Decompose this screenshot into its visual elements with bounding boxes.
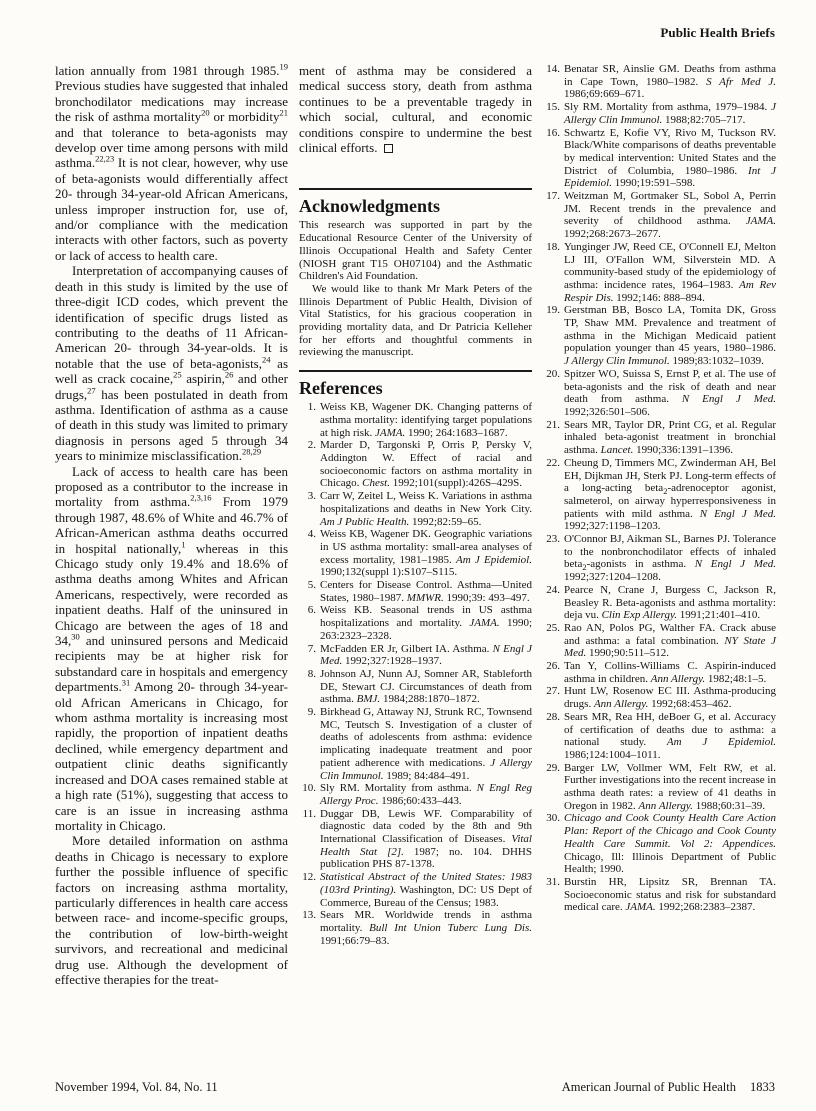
reference-text: Centers for Disease Control. Asthma—Unit… — [320, 579, 532, 604]
body-paragraph: Interpretation of accompanying causes of… — [55, 263, 288, 463]
reference-text: Benatar SR, Ainslie GM. Deaths from asth… — [564, 63, 776, 100]
text-segment: 1990;39: 493–497. — [444, 592, 530, 604]
text-segment: Duggar DB, Lewis WF. Comparability of di… — [320, 808, 532, 845]
footer-journal-name: American Journal of Public Health — [562, 1080, 736, 1094]
reference-text: Sears MR, Rea HH, deBoer G, et al. Accur… — [564, 711, 776, 761]
references-list-part1: 1.Weiss KB, Wagener DK. Changing pattern… — [299, 401, 532, 947]
text-segment: 1990;90:511–512. — [586, 647, 669, 659]
text-segment: Sly RM. Mortality from asthma. — [320, 782, 477, 794]
body-paragraph: More detailed information on asthma deat… — [55, 833, 288, 987]
reference-text: Chicago and Cook County Health Care Acti… — [564, 812, 776, 875]
text-segment: 1990;19:591–598. — [612, 177, 695, 189]
text-segment: whereas in this Chicago study only 19.4%… — [55, 541, 288, 648]
italic-text: N Engl J Med. — [682, 393, 776, 405]
reference-text: Pearce N, Crane J, Burgess C, Jackson R,… — [564, 584, 776, 621]
reference-number: 8. — [299, 668, 316, 681]
reference-number: 12. — [299, 871, 316, 884]
reference-text: Sears MR. Worldwide trends in asthma mor… — [320, 909, 532, 946]
body-paragraph: Lack of access to health care has been p… — [55, 464, 288, 834]
reference-superscript: 28,29 — [242, 447, 261, 457]
reference-number: 11. — [299, 808, 316, 821]
text-segment: aspirin, — [182, 371, 225, 386]
reference-number: 17. — [543, 190, 560, 203]
text-segment: Schwartz E, Kofie VY, Rivo M, Tuckson RV… — [564, 127, 776, 177]
reference-text: Weiss KB. Seasonal trends in US asthma h… — [320, 604, 532, 641]
running-head: Public Health Briefs — [660, 25, 775, 41]
text-segment: 1992;101(suppl):426S–429S. — [390, 477, 522, 489]
text-segment: 1986;69:669–671. — [564, 88, 644, 100]
reference-item: 2.Marder D, Targonski P, Orris P, Persky… — [299, 439, 532, 490]
text-segment: Among 20- through 34-year-old African Am… — [55, 679, 288, 833]
reference-text: Sears MR, Taylor DR, Print CG, et al. Re… — [564, 419, 776, 456]
reference-number: 26. — [543, 660, 560, 673]
reference-item: 29.Barger LW, Vollmer WM, Felt RW, et al… — [543, 762, 776, 813]
italic-text: Ann Allergy. — [651, 673, 705, 685]
italic-text: JAMA. — [375, 427, 405, 439]
reference-superscript: 30 — [71, 632, 80, 642]
column-3: 14.Benatar SR, Ainslie GM. Deaths from a… — [543, 63, 776, 987]
italic-text: Chest. — [362, 477, 390, 489]
text-segment: Interpretation of accompanying causes of… — [55, 263, 288, 370]
reference-number: 2. — [299, 439, 316, 452]
reference-item: 21.Sears MR, Taylor DR, Print CG, et al.… — [543, 419, 776, 457]
reference-number: 31. — [543, 876, 560, 889]
italic-text: N Engl J Med. — [700, 508, 776, 520]
italic-text: BMJ. — [357, 693, 381, 705]
reference-text: Johnson AJ, Nunn AJ, Somner AR, Stablefo… — [320, 668, 532, 705]
text-segment: We would like to thank Mr Mark Peters of… — [299, 283, 532, 359]
reference-number: 23. — [543, 533, 560, 546]
reference-number: 22. — [543, 457, 560, 470]
text-segment: 1988;82:705–717. — [662, 114, 745, 126]
text-segment: or morbidity — [210, 109, 280, 124]
text-segment: 1984;288:1870–1872. — [380, 693, 480, 705]
acknowledgments-paragraph: This research was supported in part by t… — [299, 219, 532, 283]
reference-text: Hunt LW, Rosenow EC III. Asthma-producin… — [564, 685, 776, 710]
italic-text: JAMA. — [469, 617, 499, 629]
text-segment: 1992;327:1928–1937. — [342, 655, 442, 667]
reference-superscript: 2,3,16 — [190, 493, 211, 503]
italic-text: J Allergy Clin Immunol. — [564, 355, 670, 367]
text-segment: 1992;268:2673–2677. — [564, 228, 661, 240]
reference-item: 24.Pearce N, Crane J, Burgess C, Jackson… — [543, 584, 776, 622]
footer-journal-line: American Journal of Public Health1833 — [562, 1080, 775, 1095]
reference-number: 18. — [543, 241, 560, 254]
italic-text: Lancet. — [601, 444, 634, 456]
reference-item: 13.Sears MR. Worldwide trends in asthma … — [299, 909, 532, 947]
reference-item: 15.Sly RM. Mortality from asthma, 1979–1… — [543, 101, 776, 126]
reference-number: 24. — [543, 584, 560, 597]
reference-item: 8.Johnson AJ, Nunn AJ, Somner AR, Stable… — [299, 668, 532, 706]
acknowledgments-heading: Acknowledgments — [299, 197, 532, 215]
reference-text: Duggar DB, Lewis WF. Comparability of di… — [320, 808, 532, 871]
reference-item: 16.Schwartz E, Kofie VY, Rivo M, Tuckson… — [543, 127, 776, 191]
text-segment: 1989; 84:484–491. — [384, 770, 470, 782]
reference-item: 14.Benatar SR, Ainslie GM. Deaths from a… — [543, 63, 776, 101]
text-segment: 1991;66:79–83. — [320, 935, 389, 947]
reference-item: 9.Birkhead G, Attaway NJ, Strunk RC, Tow… — [299, 706, 532, 782]
reference-text: Spitzer WO, Suissa S, Ernst P, et al. Th… — [564, 368, 776, 418]
reference-text: Barger LW, Vollmer WM, Felt RW, et al. F… — [564, 762, 776, 812]
reference-item: 19.Gerstman BB, Bosco LA, Tomita DK, Gro… — [543, 304, 776, 368]
section-divider — [299, 188, 532, 190]
text-segment: lation annually from 1981 through 1985. — [55, 63, 280, 78]
italic-text: MMWR. — [407, 592, 444, 604]
reference-item: 26.Tan Y, Collins-Williams C. Aspirin-in… — [543, 660, 776, 685]
reference-item: 3.Carr W, Zeitel L, Weiss K. Variations … — [299, 490, 532, 528]
references-heading: References — [299, 379, 532, 397]
italic-text: Chicago and Cook County Health Care Acti… — [564, 812, 776, 849]
text-segment: 1992;68:453–462. — [648, 698, 731, 710]
reference-item: 18.Yunginger JW, Reed CE, O'Connell EJ, … — [543, 241, 776, 305]
reference-item: 17.Weitzman M, Gortmaker SL, Sobol A, Pe… — [543, 190, 776, 241]
reference-text: Statistical Abstract of the United State… — [320, 871, 532, 908]
italic-text: Am J Epidemiol. — [667, 736, 776, 748]
reference-text: Sly RM. Mortality from asthma, 1979–1984… — [564, 101, 776, 126]
text-segment: McFadden ER Jr, Gilbert IA. Asthma. — [320, 643, 493, 655]
reference-item: 6.Weiss KB. Seasonal trends in US asthma… — [299, 604, 532, 642]
text-segment: Carr W, Zeitel L, Weiss K. Variations in… — [320, 490, 532, 515]
text-segment: 1992;327:1198–1203. — [564, 520, 660, 532]
text-segment: ment of asthma may be considered a medic… — [299, 63, 532, 155]
reference-number: 7. — [299, 643, 316, 656]
reference-text: Tan Y, Collins-Williams C. Aspirin-induc… — [564, 660, 776, 685]
reference-text: Rao AN, Polos PG, Walther FA. Crack abus… — [564, 622, 776, 659]
italic-text: Ann Allergy. — [639, 800, 693, 812]
text-segment: 1989;83:1032–1039. — [670, 355, 764, 367]
reference-number: 19. — [543, 304, 560, 317]
reference-item: 1.Weiss KB, Wagener DK. Changing pattern… — [299, 401, 532, 439]
body-paragraph: lation annually from 1981 through 1985.1… — [55, 63, 288, 263]
text-segment: 1986;124:1004–1011. — [564, 749, 660, 761]
italic-text: Am J Public Health. — [320, 516, 409, 528]
text-segment: 1991;21:401–410. — [677, 609, 760, 621]
reference-text: Burstin HR, Lipsitz SR, Brennan TA. Soci… — [564, 876, 776, 913]
reference-superscript: 24 — [262, 354, 271, 364]
text-segment: It is not clear, however, why use of bet… — [55, 155, 288, 262]
reference-text: Marder D, Targonski P, Orris P, Persky V… — [320, 439, 532, 489]
text-segment: 1992;82:59–65. — [409, 516, 481, 528]
reference-superscript: 20 — [201, 108, 210, 118]
reference-superscript: 19 — [280, 62, 289, 72]
reference-number: 1. — [299, 401, 316, 414]
reference-text: Weiss KB, Wagener DK. Geographic variati… — [320, 528, 532, 578]
reference-text: Sly RM. Mortality from asthma. N Engl Re… — [320, 782, 532, 807]
reference-text: Gerstman BB, Bosco LA, Tomita DK, Gross … — [564, 304, 776, 367]
reference-number: 25. — [543, 622, 560, 635]
reference-item: 25.Rao AN, Polos PG, Walther FA. Crack a… — [543, 622, 776, 660]
text-segment: 1988;60:31–39. — [693, 800, 765, 812]
reference-item: 31.Burstin HR, Lipsitz SR, Brennan TA. S… — [543, 876, 776, 914]
reference-number: 29. — [543, 762, 560, 775]
footer-page-number: 1833 — [750, 1080, 775, 1094]
section-divider — [299, 370, 532, 372]
body-paragraph: ment of asthma may be considered a medic… — [299, 63, 532, 155]
text-segment: -agonists in asthma. — [587, 558, 695, 570]
columns-container: lation annually from 1981 through 1985.1… — [55, 63, 776, 987]
reference-number: 20. — [543, 368, 560, 381]
italic-text: Clin Exp Allergy. — [602, 609, 677, 621]
reference-text: McFadden ER Jr, Gilbert IA. Asthma. N En… — [320, 643, 532, 668]
reference-number: 10. — [299, 782, 316, 795]
text-segment: 1990;132(suppl 1):S107–S115. — [320, 566, 457, 578]
italic-text: Bull Int Union Tuberc Lung Dis. — [369, 922, 532, 934]
reference-text: O'Connor BJ, Aikman SL, Barnes PJ. Toler… — [564, 533, 776, 583]
italic-text: Ann Allergy. — [594, 698, 648, 710]
reference-text: Schwartz E, Kofie VY, Rivo M, Tuckson RV… — [564, 127, 776, 190]
column-2: ment of asthma may be considered a medic… — [299, 63, 532, 987]
end-of-article-icon — [384, 144, 393, 153]
text-segment: Gerstman BB, Bosco LA, Tomita DK, Gross … — [564, 304, 776, 354]
reference-number: 27. — [543, 685, 560, 698]
reference-number: 9. — [299, 706, 316, 719]
references-list-part2: 14.Benatar SR, Ainslie GM. Deaths from a… — [543, 63, 776, 914]
reference-item: 27.Hunt LW, Rosenow EC III. Asthma-produ… — [543, 685, 776, 710]
text-segment: 1990; 264:1683–1687. — [405, 427, 507, 439]
reference-item: 28.Sears MR, Rea HH, deBoer G, et al. Ac… — [543, 711, 776, 762]
reference-item: 5.Centers for Disease Control. Asthma—Un… — [299, 579, 532, 604]
reference-text: Weiss KB, Wagener DK. Changing patterns … — [320, 401, 532, 438]
text-segment: 1990;336:1391–1396. — [633, 444, 733, 456]
text-segment: 1992;268:2383–2387. — [656, 901, 756, 913]
reference-item: 4.Weiss KB, Wagener DK. Geographic varia… — [299, 528, 532, 579]
reference-number: 3. — [299, 490, 316, 503]
text-segment: 1992;326:501–506. — [564, 406, 650, 418]
reference-superscript: 22,23 — [95, 154, 114, 164]
italic-text: N Engl J Med. — [695, 558, 776, 570]
reference-item: 12.Statistical Abstract of the United St… — [299, 871, 532, 909]
reference-item: 20.Spitzer WO, Suissa S, Ernst P, et al.… — [543, 368, 776, 419]
italic-text: Am J Epidemiol. — [456, 554, 532, 566]
reference-text: Cheung D, Timmers MC, Zwinderman AH, Bel… — [564, 457, 776, 533]
reference-number: 4. — [299, 528, 316, 541]
acknowledgments-paragraph: We would like to thank Mr Mark Peters of… — [299, 283, 532, 359]
journal-page: Public Health Briefs lation annually fro… — [0, 0, 816, 1111]
reference-item: 10.Sly RM. Mortality from asthma. N Engl… — [299, 782, 532, 807]
reference-item: 7.McFadden ER Jr, Gilbert IA. Asthma. N … — [299, 643, 532, 668]
reference-number: 28. — [543, 711, 560, 724]
column-1: lation annually from 1981 through 1985.1… — [55, 63, 288, 987]
reference-text: Carr W, Zeitel L, Weiss K. Variations in… — [320, 490, 532, 527]
reference-number: 5. — [299, 579, 316, 592]
reference-superscript: 21 — [280, 108, 289, 118]
text-segment: Weitzman M, Gortmaker SL, Sobol A, Perri… — [564, 190, 776, 227]
text-segment: More detailed information on asthma deat… — [55, 833, 288, 987]
reference-text: Yunginger JW, Reed CE, O'Connell EJ, Mel… — [564, 241, 776, 304]
footer-issue: November 1994, Vol. 84, No. 11 — [55, 1080, 218, 1095]
text-segment: 1992;327:1204–1208. — [564, 571, 661, 583]
reference-number: 14. — [543, 63, 560, 76]
reference-item: 22.Cheung D, Timmers MC, Zwinderman AH, … — [543, 457, 776, 533]
text-segment: This research was supported in part by t… — [299, 219, 532, 282]
reference-number: 21. — [543, 419, 560, 432]
italic-text: JAMA. — [625, 901, 655, 913]
reference-number: 15. — [543, 101, 560, 114]
reference-superscript: 25 — [173, 370, 182, 380]
reference-number: 6. — [299, 604, 316, 617]
reference-number: 30. — [543, 812, 560, 825]
reference-item: 23.O'Connor BJ, Aikman SL, Barnes PJ. To… — [543, 533, 776, 584]
reference-number: 13. — [299, 909, 316, 922]
italic-text: S Afr Med J. — [706, 76, 776, 88]
text-segment: 1986;60:433–443. — [378, 795, 461, 807]
reference-number: 16. — [543, 127, 560, 140]
italic-text: JAMA. — [746, 215, 776, 227]
reference-item: 30.Chicago and Cook County Health Care A… — [543, 812, 776, 876]
reference-text: Birkhead G, Attaway NJ, Strunk RC, Towns… — [320, 706, 532, 782]
text-segment: 1982;48:1–5. — [705, 673, 766, 685]
reference-superscript: 27 — [87, 385, 96, 395]
reference-text: Weitzman M, Gortmaker SL, Sobol A, Perri… — [564, 190, 776, 240]
text-segment: Sly RM. Mortality from asthma, 1979–1984… — [564, 101, 771, 113]
text-segment: Chicago, Ill: Illinois Department of Pub… — [564, 851, 776, 876]
text-segment: 1992;146: 888–894. — [614, 292, 705, 304]
reference-item: 11.Duggar DB, Lewis WF. Comparability of… — [299, 808, 532, 872]
